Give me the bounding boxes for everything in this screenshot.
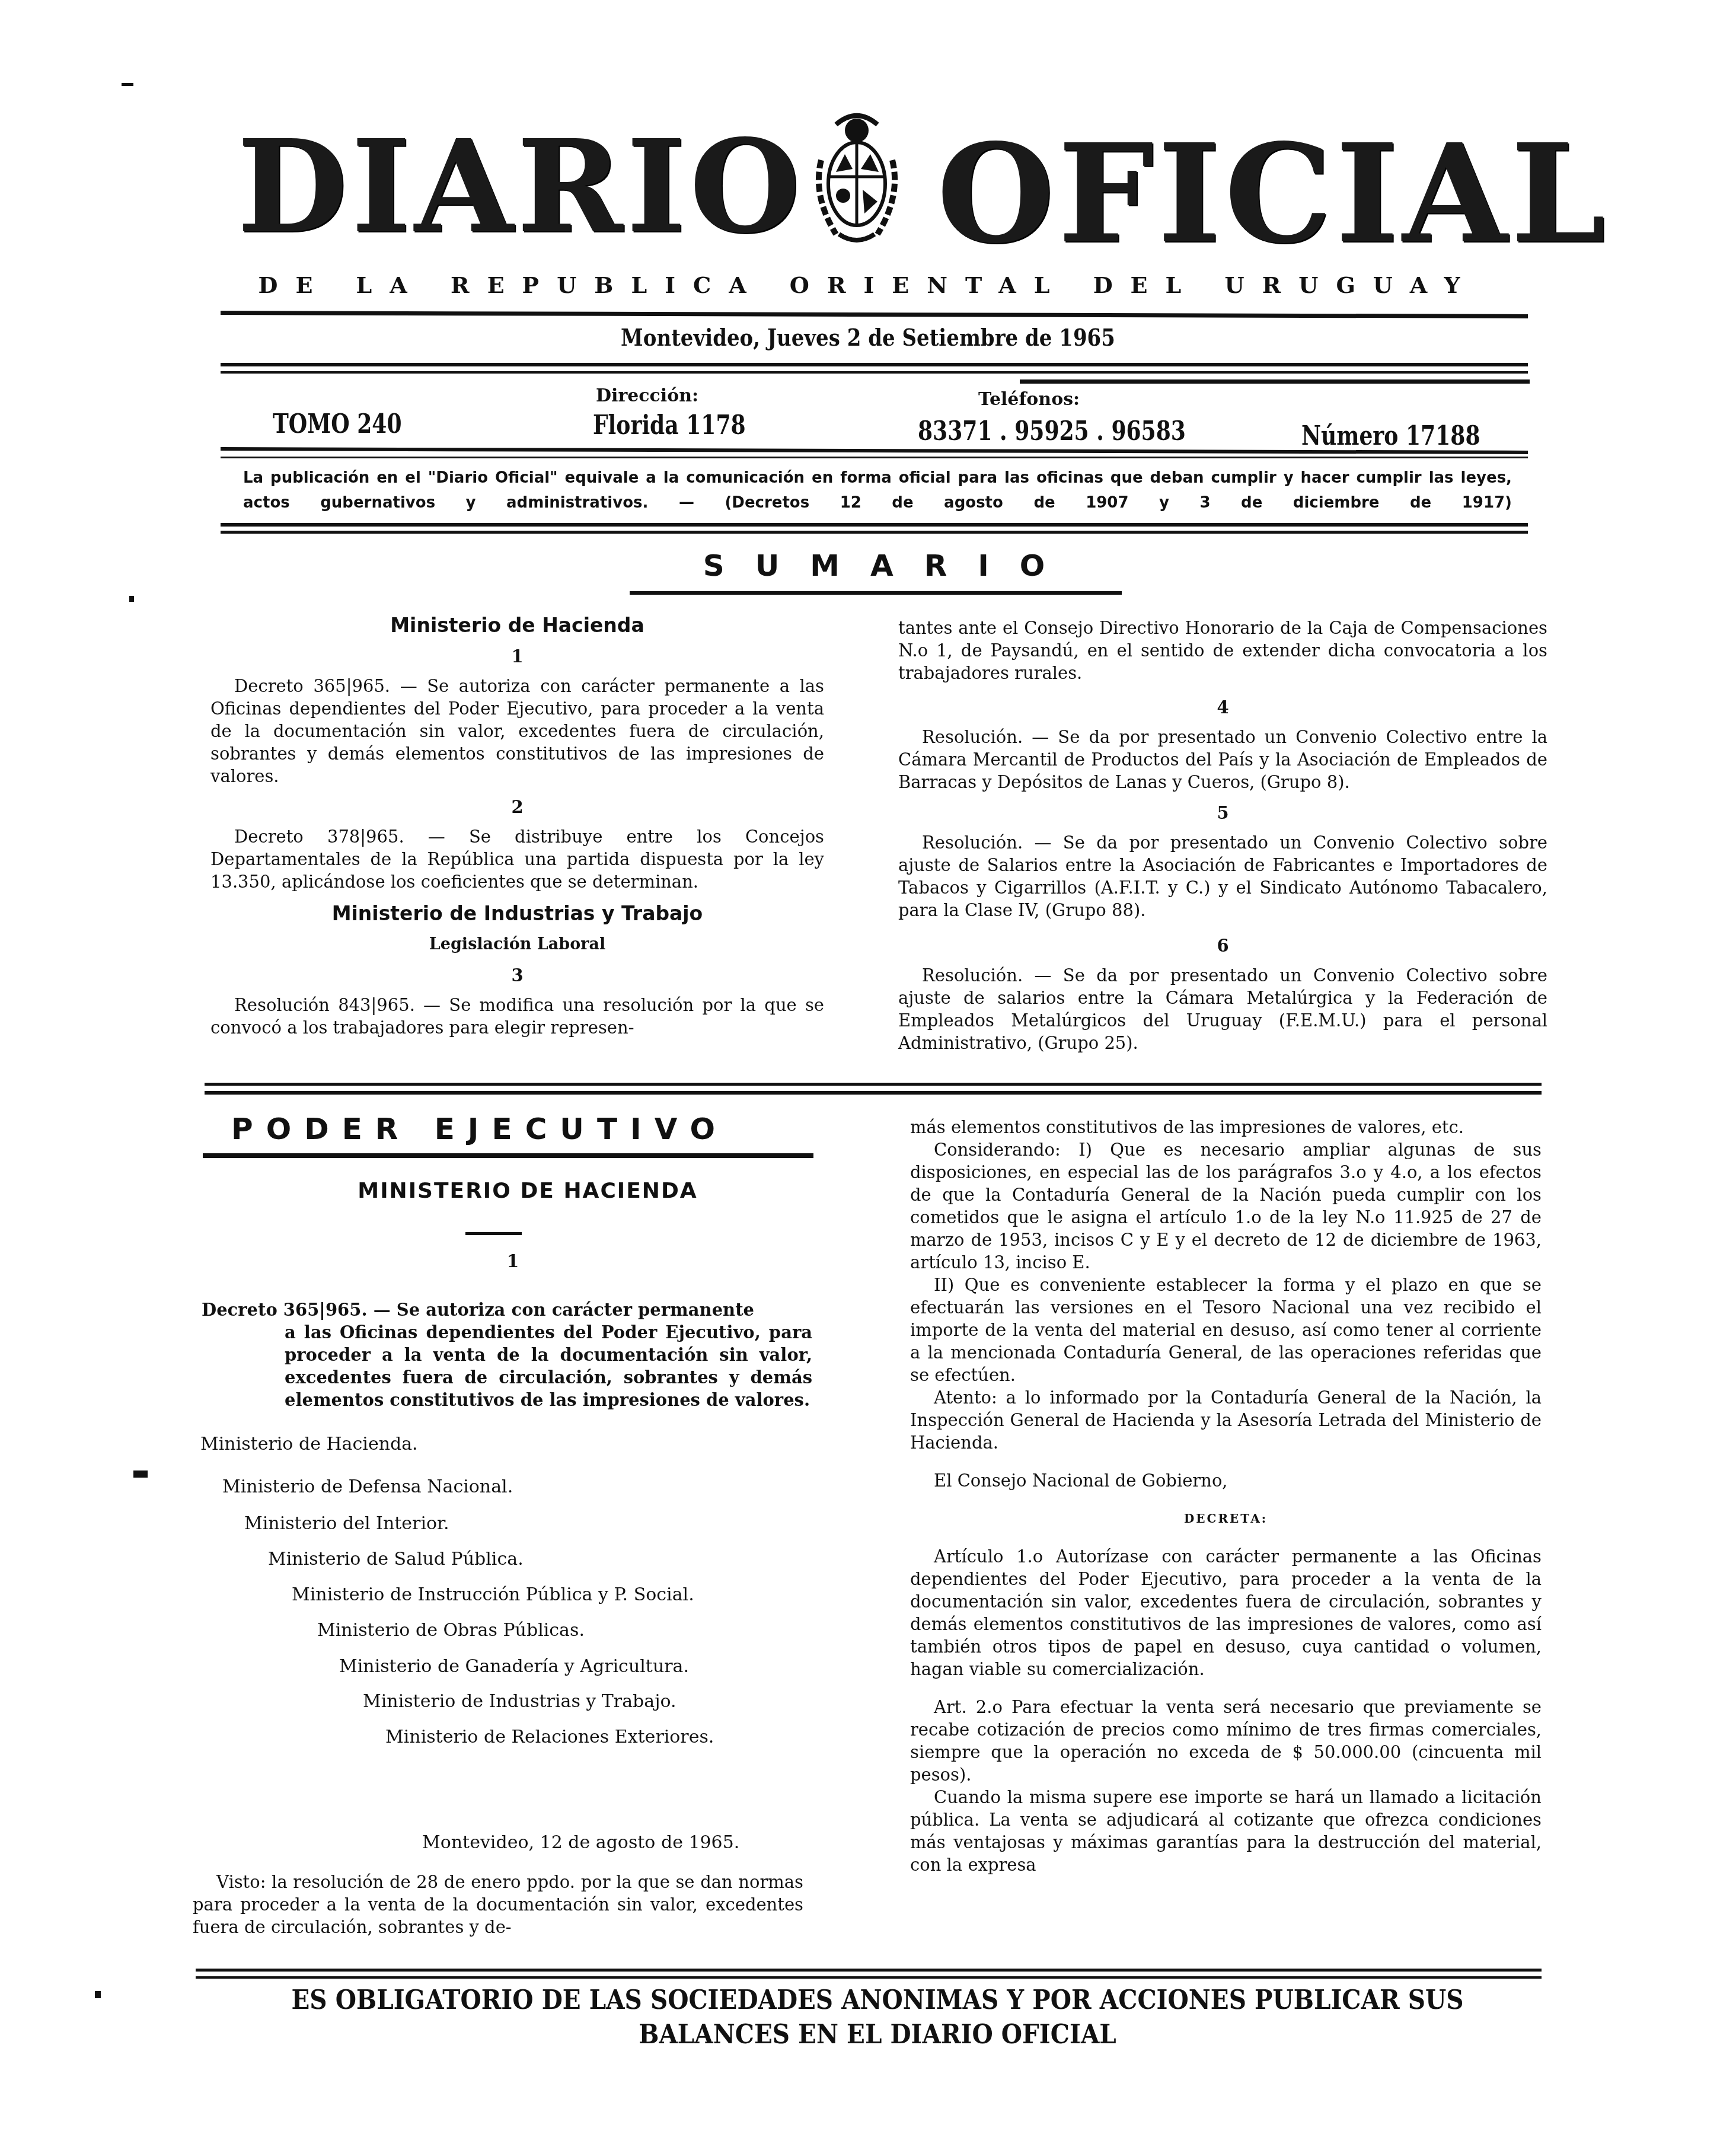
ministry-heading: MINISTERIO DE HACIENDA [231, 1179, 824, 1203]
section-heading: Ministerio de Hacienda [210, 614, 824, 637]
sumario-title: SUMARIO [623, 548, 1156, 583]
decree-right-column: más elementos constitutivos de las impre… [910, 1116, 1542, 1876]
scan-speck [129, 596, 134, 602]
masthead-subtitle: DE LA REPUBLICA ORIENTAL DEL URUGUAY [0, 272, 1736, 298]
telefonos-label: Teléfonos: [978, 389, 1080, 410]
considerando-2: II) Que es conveniente establecer la for… [910, 1274, 1542, 1386]
ministry-signature: Ministerio de Hacienda. [200, 1434, 418, 1454]
divider [221, 363, 1528, 366]
masthead-title-right: OFICIAL [937, 135, 1609, 253]
tomo: TOMO 240 [273, 409, 402, 439]
summary-item: Resolución. — Se da por presentado un Co… [898, 726, 1547, 793]
articulo-2: Art. 2.o Para efectuar la venta será nec… [910, 1696, 1542, 1786]
footer-notice: ES OBLIGATORIO DE LAS SOCIEDADES ANONIMA… [250, 1983, 1505, 2052]
sumario-right-column: tantes ante el Consejo Directivo Honorar… [898, 617, 1547, 1054]
item-number: 4 [898, 696, 1547, 719]
telefonos-value: 83371 . 95925 . 96583 [918, 416, 1186, 446]
divider [465, 1232, 522, 1235]
coat-of-arms-icon [800, 107, 913, 249]
atento: Atento: a lo informado por la Contaduría… [910, 1386, 1542, 1454]
divider [205, 1083, 1542, 1086]
masthead-title-left: DIARIO [237, 127, 804, 246]
item-number: 1 [208, 1251, 818, 1272]
dateline: Montevideo, Jueves 2 de Setiembre de 196… [130, 324, 1606, 352]
decree-heading-body: a las Oficinas dependientes del Poder Ej… [202, 1321, 812, 1411]
ministry-signature: Ministerio de Industrias y Trabajo. [363, 1691, 676, 1712]
visto-text: Visto: la resolución de 28 de enero ppdo… [193, 1871, 803, 1938]
item-number: 2 [210, 796, 824, 818]
scan-speck [122, 83, 133, 86]
item-number: 1 [210, 645, 824, 668]
legal-notice: La publicación en el "Diario Oficial" eq… [243, 465, 1512, 515]
direccion-value: Florida 1178 [593, 410, 746, 441]
divider [196, 1969, 1542, 1972]
ministry-signature: Ministerio de Obras Públicas. [317, 1620, 585, 1641]
ministry-signature: Ministerio de Instrucción Pública y P. S… [292, 1584, 694, 1605]
poder-ejecutivo-title: PODER EJECUTIVO [231, 1112, 800, 1146]
divider [221, 371, 1528, 374]
ministry-signature: Ministerio de Defensa Nacional. [222, 1476, 513, 1497]
ministry-signature: Ministerio de Relaciones Exteriores. [385, 1727, 714, 1747]
decreta-label: DECRETA: [910, 1507, 1542, 1530]
divider [205, 1091, 1542, 1095]
divider [630, 591, 1122, 595]
section-heading: Ministerio de Industrias y Trabajo [210, 902, 824, 925]
summary-item: Resolución. — Se da por presentado un Co… [898, 831, 1547, 921]
direccion-label: Dirección: [596, 385, 698, 406]
sumario-left-column: Ministerio de Hacienda 1 Decreto 365|965… [210, 611, 824, 1039]
decree-heading-first-line: Decreto 365|965. — Se autoriza con carác… [202, 1299, 812, 1321]
numero: Número 17188 [1301, 421, 1480, 451]
considerando-1: Considerando: I) Que es necesario amplia… [910, 1138, 1542, 1274]
item-number: 6 [898, 934, 1547, 957]
subsection-heading: Legislación Laboral [210, 933, 824, 956]
summary-item-continued: tantes ante el Consejo Directivo Honorar… [898, 617, 1547, 684]
summary-item: Decreto 378|965. — Se distribuye entre l… [210, 825, 824, 893]
masthead: DIARIO OFICIAL [237, 127, 1524, 246]
footer-line-2: BALANCES EN EL DIARIO OFICIAL [250, 2018, 1505, 2052]
visto-continued: más elementos constitutivos de las impre… [910, 1116, 1542, 1138]
summary-item: Decreto 365|965. — Se autoriza con carác… [210, 675, 824, 787]
item-number: 3 [210, 964, 824, 987]
item-number: 5 [898, 802, 1547, 824]
consejo: El Consejo Nacional de Gobierno, [910, 1469, 1542, 1492]
scan-speck [133, 1470, 148, 1478]
articulo-1: Artículo 1.o Autorízase con carácter per… [910, 1545, 1542, 1680]
ministry-signature: Ministerio de Salud Pública. [268, 1549, 524, 1570]
ministry-signature: Ministerio del Interior. [244, 1513, 449, 1534]
visto-paragraph: Visto: la resolución de 28 de enero ppdo… [193, 1871, 803, 1938]
divider [1020, 379, 1530, 384]
articulo-2-cont: Cuando la misma supere ese importe se ha… [910, 1786, 1542, 1876]
footer-line-1: ES OBLIGATORIO DE LAS SOCIEDADES ANONIMA… [250, 1983, 1505, 2018]
divider [221, 531, 1528, 534]
place-date: Montevideo, 12 de agosto de 1965. [422, 1832, 739, 1853]
summary-item: Resolución 843|965. — Se modifica una re… [210, 994, 824, 1039]
divider [221, 457, 1528, 458]
scan-speck [95, 1991, 101, 1998]
divider [203, 1153, 813, 1158]
decree-heading: Decreto 365|965. — Se autoriza con carác… [202, 1299, 812, 1411]
summary-item: Resolución. — Se da por presentado un Co… [898, 964, 1547, 1054]
divider [196, 1976, 1542, 1979]
divider [221, 311, 1528, 318]
divider [221, 523, 1528, 527]
ministry-signature: Ministerio de Ganadería y Agricultura. [339, 1656, 689, 1677]
